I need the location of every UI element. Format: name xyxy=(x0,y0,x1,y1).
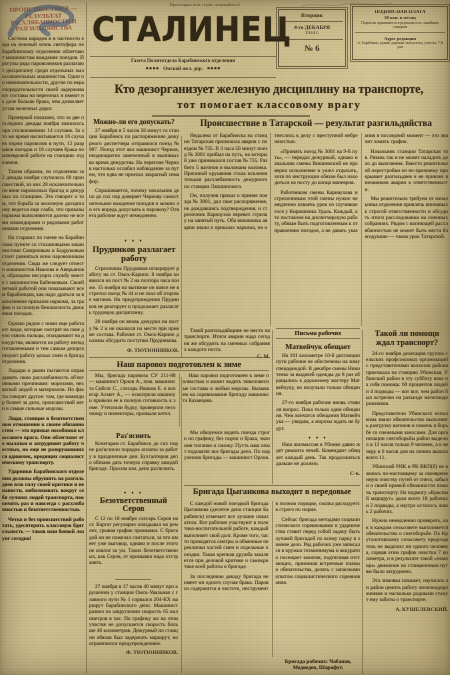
banner-headline-line2: тот помогает классовому врагу xyxy=(90,99,448,111)
editorial-paragraph: На старших по смене на Барабинском пункт… xyxy=(2,235,84,317)
column-rule xyxy=(362,330,363,674)
article-takoy-headline-2: ждал транспорт? xyxy=(366,339,448,348)
article-prudnikov: ♦ ♦ ♦ Прудников разлагает работу Стрелоч… xyxy=(89,236,179,356)
article-body-paragraph: Недалеко от Барабинска на станции Татарс… xyxy=(184,133,267,190)
article-matveychuk: Матвейчук обещает На 101 километре 10-й … xyxy=(276,343,360,484)
article-body-paragraph: Убинский РИК и РК ВКП(б) не взялись по-н… xyxy=(366,464,448,515)
article-body-paragraph: Наш паровоз подготовлен к зиме полностью… xyxy=(183,373,270,405)
editorial-paragraph: Проверкой показано, что за две последних… xyxy=(2,115,84,166)
article-body-paragraph: Начальник станции Татарская тов. Рязань … xyxy=(365,149,448,193)
article-body-paragraph: Представители Убинского исполкома взяли … xyxy=(366,411,448,462)
editorial-column: Система нарядов и в частности езда на зе… xyxy=(2,36,84,673)
article-signature: С. М. xyxy=(184,354,270,358)
article-signature: А. КУШЕЛЕВСКИЙ. xyxy=(366,607,448,613)
editorial-paragraph-bold: Ударники Барабинского отделения должны о… xyxy=(2,469,84,513)
issue-date-box: Вторник 4-го ДЕКАБРЯ 1934 г. № 6 xyxy=(278,9,346,67)
column-rule xyxy=(272,330,273,484)
article-parovoz: Наш паровоз подготовлен к зиме Мы, брига… xyxy=(89,360,269,427)
short-rule xyxy=(115,579,151,580)
article-body-paragraph: Мы решительно требуем от начальника отде… xyxy=(365,196,448,240)
article-prudnikov-headline: Прудников разлагает работу xyxy=(89,245,179,264)
subscription-price: 30 коп. в месяц xyxy=(355,15,445,20)
article-serov: ♦ ♦ ♦ Безответственный Серов С 12 по 18 … xyxy=(89,488,178,576)
article-brigada-body: С каждой новой поездкой бригада Цыганков… xyxy=(184,501,360,657)
subscription-note: Подписка принимается в редакции и по лин… xyxy=(355,21,445,33)
article-body-paragraph: 28 ноября он вновь дежурил на посту № 2 … xyxy=(89,319,179,344)
pen-mark xyxy=(6,0,94,50)
masthead-title: СТАЛИНЕЦ xyxy=(92,10,276,50)
ornament-right: ◼ ◼ ◼ ◼ xyxy=(207,66,220,70)
column-rule xyxy=(86,2,87,673)
article-body-paragraph: 27 ноября в 17 часов 40 минут при крушен… xyxy=(89,584,178,647)
subtitle-text: Омской жел. дор. xyxy=(163,66,203,72)
issue-year: 1934 г. xyxy=(281,31,343,40)
article-body-paragraph: На 101 километре 10-й дистанции пути раб… xyxy=(276,353,360,397)
article-brigada-headline: Бригада Цыганкова выходит в передовые xyxy=(184,487,360,496)
article-body-paragraph: Спрашивается, почему начальник депо до с… xyxy=(89,188,179,220)
article-body-paragraph: С каждой новой поездкой бригада Цыганков… xyxy=(184,501,269,571)
article-body-paragraph: Мы обязуемся водить поезда строго по гра… xyxy=(184,430,270,462)
article-signature: Ф. ТЮТЮННИКОВ. xyxy=(89,348,179,354)
article-tatarskaya-headline: Происшествие в Татарской — результат раз… xyxy=(184,118,448,128)
article-razyasnit: Раз'яснить Кочегарам ст. Барабинск до си… xyxy=(89,432,178,486)
article-body-paragraph: Такой разгильдяйщине не место на транспо… xyxy=(184,328,270,353)
article-body-paragraph: С 12 по 18 ноября слесарь Серов на ст. К… xyxy=(89,516,178,567)
article-body-paragraph: «Принять поезд № 3001 на 9-й путь», — пе… xyxy=(274,149,357,187)
article-takoy: Такой ли помощи ждал транспорт? 24-го но… xyxy=(366,330,448,674)
article-parovoz-headline: Наш паровоз подготовлен к зиме xyxy=(89,360,269,371)
masthead-subtitle-1: Газета Политотдела Барабинского отделени… xyxy=(90,58,276,64)
diamond-separator: ♦ ♦ ♦ xyxy=(276,435,360,440)
article-mozhno: Можно-ли его допускать? 27 ноября в 5 ча… xyxy=(89,118,179,235)
article-krushenie: 27 ноября в 17 часов 40 минут при крушен… xyxy=(89,584,178,673)
editorial-paragraph: Лодыри и рвачи пытаются оправдывать свою… xyxy=(2,368,84,412)
article-razyasnit-headline: Раз'яснить xyxy=(89,432,178,440)
section-rule xyxy=(184,485,360,486)
article-body-paragraph: 27-го ноября рабочие вновь ставили вопро… xyxy=(276,400,360,432)
subtitle-rule-top xyxy=(90,56,276,57)
issue-number: № 6 xyxy=(281,43,343,53)
letters-section-header: Письма рабочих xyxy=(276,328,360,339)
diamond-separator: ♦ ♦ ♦ xyxy=(89,238,179,243)
article-brigada-closing: Бригада рабочих: Чабанов, Медведев, Шара… xyxy=(276,659,360,671)
diamond-separator: ♦ ♦ ♦ xyxy=(89,490,178,495)
ornament-left: ◼ ◼ ◼ ◼ xyxy=(146,66,159,70)
article-body-paragraph: 24-го ноября делегация группы сельских п… xyxy=(366,351,448,408)
editorial-paragraph-bold: Люди, стоящие в безответственном отношен… xyxy=(2,416,84,467)
subscription-address: ст. Барабинск, здание дорожно-эксплоатац… xyxy=(355,41,445,49)
article-body-paragraph: Эта зимовка покажет, научился ли район ц… xyxy=(366,578,448,603)
article-signature: С-в. xyxy=(276,471,360,477)
issue-weekday: Вторник xyxy=(281,13,343,22)
banner-headline-line1: Кто дезорганизует железную дисциплину на… xyxy=(90,82,448,97)
article-body-paragraph: Нужно немедленно проверить, как в каждом… xyxy=(366,518,448,575)
editorial-paragraph: Таким образом, по отделению за 2 декады … xyxy=(2,169,84,232)
article-signature: Ф. ТЮТЮННИКОВ. xyxy=(89,650,178,656)
article-parovoz-body: Мы, бригада паровоза СУ 211-88 — машинис… xyxy=(89,373,269,427)
article-parovoz-continuation: Мы обязуемся водить поезда строго по гра… xyxy=(184,430,270,483)
newspaper-page: ПРОИСШЕСТВИЯ — РЕЗУЛЬТАТ РАСХЛЯБАННОСТИ … xyxy=(0,0,450,675)
editorial-paragraph-bold: Четко и без происшествий работать, удеся… xyxy=(2,517,84,542)
article-mozhno-headline: Можно-ли его допускать? xyxy=(89,118,179,126)
article-matveychuk-headline: Матвейчук обещает xyxy=(276,343,360,351)
article-body-paragraph: Стрелочник Прудников игнорирует работу н… xyxy=(89,266,179,317)
article-serov-headline-2: Серов xyxy=(89,505,178,513)
article-body-paragraph: Сейчас бригада методами социалистическог… xyxy=(276,517,361,587)
column-rule xyxy=(181,136,182,357)
subscription-box: ПОДПИСНАЯ ПЛАТА 30 коп. в месяц Подписка… xyxy=(352,6,448,60)
article-tatarskaya-footer: Такой разгильдяйщине не место на транспо… xyxy=(184,328,270,358)
article-body-paragraph: Мы, бригада паровоза СУ 211-88 — машинис… xyxy=(89,373,176,417)
article-body-paragraph: 27 ноября в 5 часов 58 минут со станции … xyxy=(89,128,179,185)
subtitle-rule-bottom xyxy=(90,77,276,78)
proletarian-slogan: Пролетарии всех стран, соединяйтесь! xyxy=(125,2,285,7)
banner-rule xyxy=(152,115,310,117)
article-body-paragraph: Наш жилмассив в Убинке давно ждет ремонт… xyxy=(276,442,360,467)
editorial-paragraph: Однако рядом с ними еще работают люди, к… xyxy=(2,321,84,365)
article-tatarskaya-body: Недалеко от Барабинска на станции Татарс… xyxy=(184,133,448,326)
article-body-paragraph: Кочегарам ст. Барабинск до сих пор не ра… xyxy=(89,441,178,473)
masthead-subtitle-2: ◼ ◼ ◼ ◼ Омской жел. дор. ◼ ◼ ◼ ◼ xyxy=(90,66,276,72)
